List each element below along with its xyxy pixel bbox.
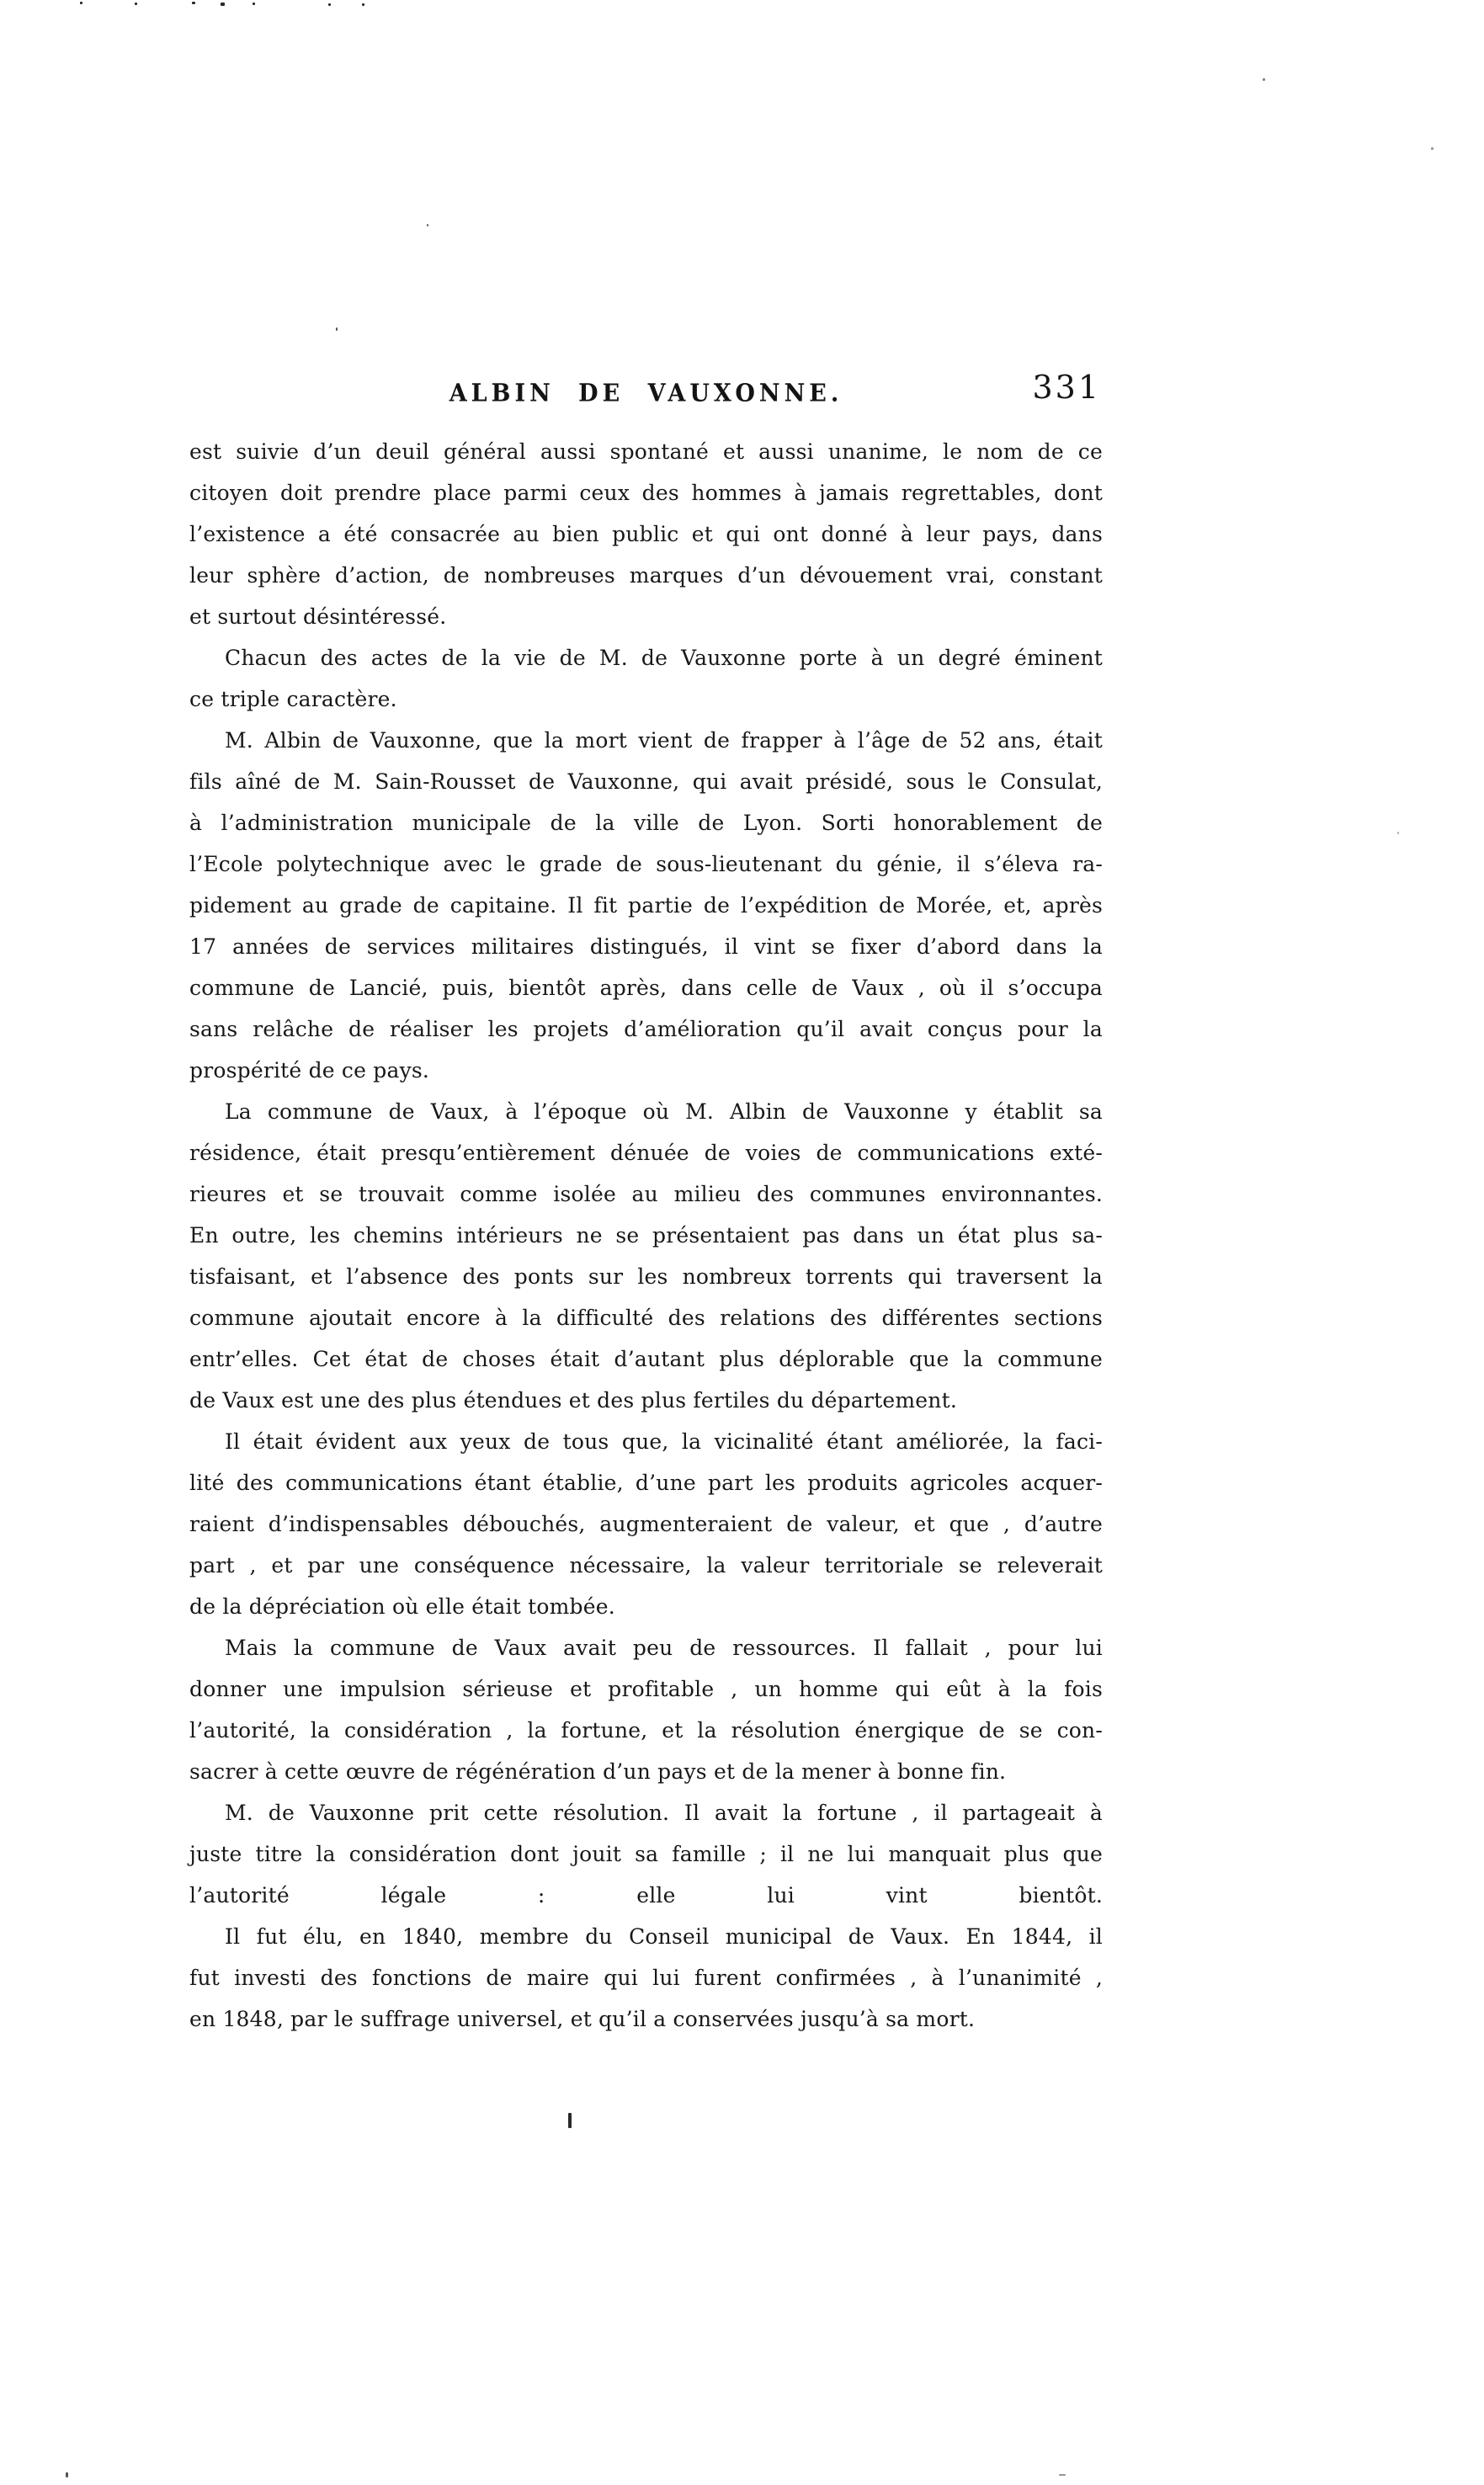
text-line: En outre, les chemins intérieurs ne se p… bbox=[189, 1215, 1103, 1256]
text-line: La commune de Vaux, à l’époque où M. Alb… bbox=[189, 1091, 1103, 1132]
text-line: M. de Vauxonne prit cette résolution. Il… bbox=[189, 1792, 1103, 1833]
text-line: entr’elles. Cet état de choses était d’a… bbox=[189, 1338, 1103, 1380]
text-line: Chacun des actes de la vie de M. de Vaux… bbox=[189, 637, 1103, 678]
text-line: résidence, était presqu’entièrement dénu… bbox=[189, 1132, 1103, 1173]
running-title: ALBIN DE VAUXONNE. bbox=[189, 380, 1103, 407]
scan-speck bbox=[427, 224, 428, 226]
paragraph: Il était évident aux yeux de tous que, l… bbox=[189, 1421, 1103, 1627]
scan-speck bbox=[1431, 147, 1433, 150]
text-line: juste titre la considération dont jouit … bbox=[189, 1833, 1103, 1875]
text-line: citoyen doit prendre place parmi ceux de… bbox=[189, 472, 1103, 513]
text-line: à l’administration municipale de la vill… bbox=[189, 802, 1103, 843]
text-line: sacrer à cette œuvre de régénération d’u… bbox=[189, 1751, 1103, 1792]
text-line: 17 années de services militaires disting… bbox=[189, 926, 1103, 967]
text-line: fut investi des fonctions de maire qui l… bbox=[189, 1957, 1103, 1998]
text-line: en 1848, par le suffrage universel, et q… bbox=[189, 1998, 1103, 2040]
paragraph: M. Albin de Vauxonne, que la mort vient … bbox=[189, 720, 1103, 1091]
text-line: l’autorité, la considération , la fortun… bbox=[189, 1710, 1103, 1751]
paragraph: Mais la commune de Vaux avait peu de res… bbox=[189, 1627, 1103, 1792]
text-line: pidement au grade de capitaine. Il fit p… bbox=[189, 885, 1103, 926]
text-line: de la dépréciation où elle était tombée. bbox=[189, 1586, 1103, 1627]
paragraph: est suivie d’un deuil général aussi spon… bbox=[189, 431, 1103, 637]
scan-speck bbox=[192, 2, 195, 4]
text-line: tisfaisant, et l’absence des ponts sur l… bbox=[189, 1256, 1103, 1297]
scan-speck bbox=[1397, 832, 1399, 834]
text-line: prospérité de ce pays. bbox=[189, 1050, 1103, 1091]
text-line: lité des communications étant établie, d… bbox=[189, 1462, 1103, 1503]
text-line: l’Ecole polytechnique avec le grade de s… bbox=[189, 843, 1103, 885]
text-line: fils aîné de M. Sain-Rousset de Vauxonne… bbox=[189, 761, 1103, 802]
text-line: donner une impulsion sérieuse et profita… bbox=[189, 1668, 1103, 1710]
scanned-book-page: ALBIN DE VAUXONNE. 331 est suivie d’un d… bbox=[0, 0, 1484, 2485]
text-block: est suivie d’un deuil général aussi spon… bbox=[189, 431, 1103, 2040]
text-line: commune de Lancié, puis, bientôt après, … bbox=[189, 967, 1103, 1008]
page-number: 331 bbox=[1032, 369, 1101, 406]
scan-speck bbox=[221, 3, 225, 6]
scan-speck bbox=[328, 3, 331, 6]
text-line: rieures et se trouvait comme isolée au m… bbox=[189, 1173, 1103, 1215]
scan-speck bbox=[336, 327, 338, 331]
scan-speck bbox=[1263, 78, 1265, 81]
text-line: l’existence a été consacrée au bien publ… bbox=[189, 513, 1103, 555]
text-line: leur sphère d’action, de nombreuses marq… bbox=[189, 555, 1103, 596]
text-line: de Vaux est une des plus étendues et des… bbox=[189, 1380, 1103, 1421]
text-line: Mais la commune de Vaux avait peu de res… bbox=[189, 1627, 1103, 1668]
scan-speck bbox=[135, 3, 137, 5]
text-line: sans relâche de réaliser les projets d’a… bbox=[189, 1008, 1103, 1050]
text-line: raient d’indispensables débouchés, augme… bbox=[189, 1503, 1103, 1545]
paragraph: La commune de Vaux, à l’époque où M. Alb… bbox=[189, 1091, 1103, 1421]
text-line: l’autorité légale : elle lui vint bientô… bbox=[189, 1875, 1103, 1916]
text-line: commune ajoutait encore à la difficulté … bbox=[189, 1297, 1103, 1338]
scan-speck bbox=[253, 3, 255, 5]
text-line: et surtout désintéressé. bbox=[189, 596, 1103, 637]
text-line: M. Albin de Vauxonne, que la mort vient … bbox=[189, 720, 1103, 761]
scan-speck bbox=[66, 2472, 68, 2477]
scan-speck bbox=[568, 2113, 572, 2128]
text-line: Il était évident aux yeux de tous que, l… bbox=[189, 1421, 1103, 1462]
scan-speck bbox=[80, 2, 82, 4]
scan-speck bbox=[1059, 2474, 1066, 2476]
text-line: ce triple caractère. bbox=[189, 678, 1103, 720]
page-header: ALBIN DE VAUXONNE. 331 bbox=[189, 372, 1103, 423]
text-line: Il fut élu, en 1840, membre du Conseil m… bbox=[189, 1916, 1103, 1957]
text-line: part , et par une conséquence nécessaire… bbox=[189, 1545, 1103, 1586]
paragraph: M. de Vauxonne prit cette résolution. Il… bbox=[189, 1792, 1103, 2040]
paragraph: Chacun des actes de la vie de M. de Vaux… bbox=[189, 637, 1103, 720]
scan-speck bbox=[362, 3, 364, 6]
text-line: est suivie d’un deuil général aussi spon… bbox=[189, 431, 1103, 472]
